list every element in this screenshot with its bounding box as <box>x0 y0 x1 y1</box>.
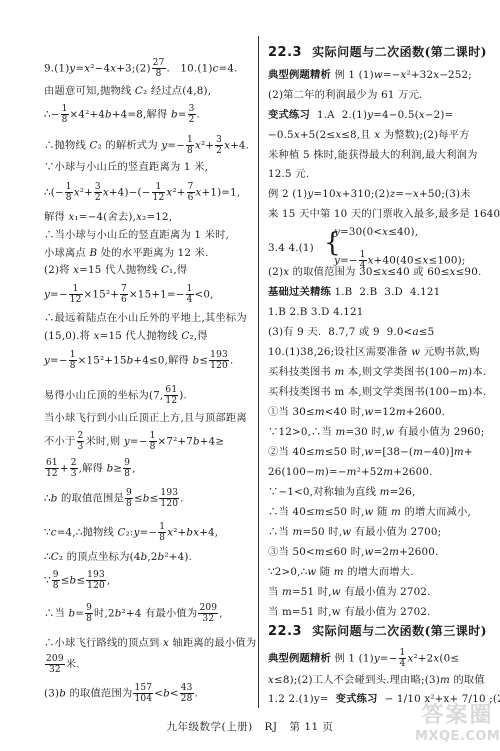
section-title-lesson-2: 22.3实际问题与二次函数(第二课时) <box>268 45 487 60</box>
answer-line: ∵98≤b≤193120, <box>44 570 110 591</box>
answer-line: (2)第二年的利润最少为 61 万元. <box>268 88 423 102</box>
answer-line: ①当 30≤m<40 时,w=12m+2600. <box>268 405 445 419</box>
answer-line: 6112+23,解得 b≥98, <box>44 458 136 479</box>
answer-line: ∵2>0,∴w 随 m 的增大而增大. <box>268 565 414 579</box>
answer-line: 例 2 (1)y=10x+310;(2)z=−x+50;(3)未 <box>268 187 471 201</box>
answer-line: ∴C₂ 的顶点坐标为(4b,2b²+4). <box>44 550 192 564</box>
answer-line: ∴(−18x²+32x+4)−(−112x²+76x+1)=1, <box>44 182 240 203</box>
answer-page: 9.(1)y=x²−4x+3;(2)278. 10.(1)c=4. 由题意可知,… <box>0 0 500 751</box>
answer-line: 解得 x₁=−4(舍去),x₂=12, <box>44 210 172 224</box>
column-divider <box>258 36 259 708</box>
watermark-text: 答案圈 <box>415 703 500 729</box>
answer-line: 典型例题精析 例 1 (1)w=−x²+32x−252; <box>268 68 472 82</box>
watermark-logo: 答案圈 MXQE.COM <box>415 703 500 751</box>
answer-line: y=−18×15²+15b+4≤0,解得 b≤193120. <box>44 350 233 371</box>
piece-1: y=30(0<x≤40), <box>334 225 418 239</box>
answer-line: ∴最远着陆点在小山丘外的平地上,其坐标为 <box>44 311 247 325</box>
answer-line: 由题意可知,抛物线 C₂ 经过点(4,8), <box>44 84 211 98</box>
answer-line: 买科技类图书 m 本,则文学类图书(100−m)本. <box>268 385 486 399</box>
answer-line: (2)x 的取值范围为 30≤x≤40 或 60≤x≤90. <box>268 265 481 279</box>
range-text: 1.2 2.(1)y= <box>268 693 329 705</box>
footer-book: 九年级数学(上册) <box>166 721 252 733</box>
section-title-text: 实际问题与二次函数(第三课时) <box>312 624 487 638</box>
basic-practice-label: 基础过关精练 <box>268 286 331 298</box>
answer-line: (15,0).将 x=15 代人抛物线 C₂,得 <box>44 329 208 343</box>
answer-line: (3)b 的取值范围为157104<b<4328. <box>44 683 198 704</box>
section-number: 22.3 <box>268 624 302 639</box>
answer-line: 9.(1)y=x²−4x+3;(2)278. 10.(1)c=4. <box>44 58 238 79</box>
piecewise-prefix: 3.4 4.(1) <box>268 241 314 255</box>
footer-page-number: 第 11 页 <box>289 721 333 733</box>
answer-line: 小球离点 B 处的水平距离为 12 米. <box>44 246 209 260</box>
answer-line: (3)有 9 天. 8.7,7 或 9 9.0<a≤5 <box>268 325 434 339</box>
answer-line: −0.5x+5(2≤x≤8,且 x 为整数);(2)每平方 <box>268 128 470 142</box>
answer-line: 1.B 2.B 3.D 4.121 <box>268 305 364 319</box>
answer-line: ③当 50<m≤60 时,w=2m+2600. <box>268 545 438 559</box>
answer-line: 变式练习 1.A 2.(1)y=4−0.5(x−2)= <box>268 108 453 122</box>
answer-line: ∴抛物线 C₂ 的解析式为 y=−18x²+32x+4. <box>44 135 249 156</box>
answer-line: 来 15 天中第 10 天的门票收入最多,最多是 16400 元. <box>268 207 500 221</box>
answer-line: y=−112×15²+76×15+1=−14<0, <box>44 284 214 305</box>
answer-line: 易得小山丘顶的坐标为(7,6112). <box>44 385 187 406</box>
answer-line: ∴当 40≤m≤50 时,w 随 m 的增大而减小, <box>268 505 471 519</box>
typical-examples-label: 典型例题精析 <box>268 653 331 665</box>
variant-practice-label: 变式练习 <box>336 693 378 705</box>
answer-line: ∵12>0,∴当 m=30 时,w 有最小值为 2960; <box>268 425 484 439</box>
answer-line: 基础过关精练 1.B 2.B 3.D 4.121 <box>268 285 440 299</box>
answer-line: ∴当小球与小山丘的竖直距离为 1 米时, <box>44 228 229 242</box>
answer-line: 买科技类图书 m 本,则文学类图书(100−m)本. <box>268 365 486 379</box>
answer-line: ∴小球飞行路线的顶点到 x 轴距离的最小值为 <box>44 636 256 650</box>
variant-practice-label: 变式练习 <box>268 109 310 121</box>
footer-edition: RJ <box>265 721 278 733</box>
answer-line: ∵−1<0,对称轴为直线 m=26, <box>268 485 415 499</box>
answer-line: 米种植 5 株时,能获得最大的利润,最大利润为 <box>268 148 478 162</box>
answer-line: ∴−18×4²+4b+4=8,解得 b=32. <box>44 104 200 125</box>
section-number: 22.3 <box>268 45 302 60</box>
answer-line: ∴b 的取值范围是98≤b≤193120. <box>44 488 184 509</box>
answer-line: 不小于23米时,则 y=−18×7²+7b+4≥ <box>44 431 224 452</box>
answer-line: 典型例题精析 例 1 (1)y=−14x²+2x(0≤ <box>268 648 459 669</box>
answer-line: ②当 40≤m≤50 时,w=[38−(m−40)]m+ <box>268 445 473 459</box>
section-title-text: 实际问题与二次函数(第二课时) <box>312 45 487 59</box>
answer-line: 当小球飞行到小山丘顶正上方,且与顶部距离 <box>44 411 247 425</box>
answer-line: (2)将 x=15 代人抛物线 C₁,得 <box>44 263 187 277</box>
section-title-lesson-3: 22.3实际问题与二次函数(第三课时) <box>268 624 487 639</box>
answer-line: ∴当 m=50 时,w 有最小值为 2700; <box>268 525 441 539</box>
answer-line: 20932米. <box>44 654 80 675</box>
answer-line: 当 m=51 时,w 有最小值为 2702. <box>268 605 431 619</box>
answer-line: ∵c=4,∴抛物线 C₂:y=−18x²+bx+4, <box>44 522 218 543</box>
answer-line: x≤8);(2)工人不会碰到头.理由略;(3)m 的取值 <box>268 673 485 687</box>
answer-line: 10.(1)38,26;设社区需要准备 w 元购书款,购 <box>268 345 480 359</box>
answer-line: ∴当 b=98时,2b²+4 有最小值为20932, <box>44 603 223 624</box>
typical-examples-label: 典型例题精析 <box>268 69 331 81</box>
watermark-url: MXQE.COM <box>415 729 500 745</box>
answer-line: 12.5 元. <box>268 167 309 181</box>
answer-line: 当 m=51 时,w 有最小值为 2702. <box>268 585 431 599</box>
answer-line: ∵小球与小山丘的竖直距离为 1 米, <box>44 160 208 174</box>
answer-line: 26(100−m)=−m²+52m+2600. <box>268 465 433 479</box>
